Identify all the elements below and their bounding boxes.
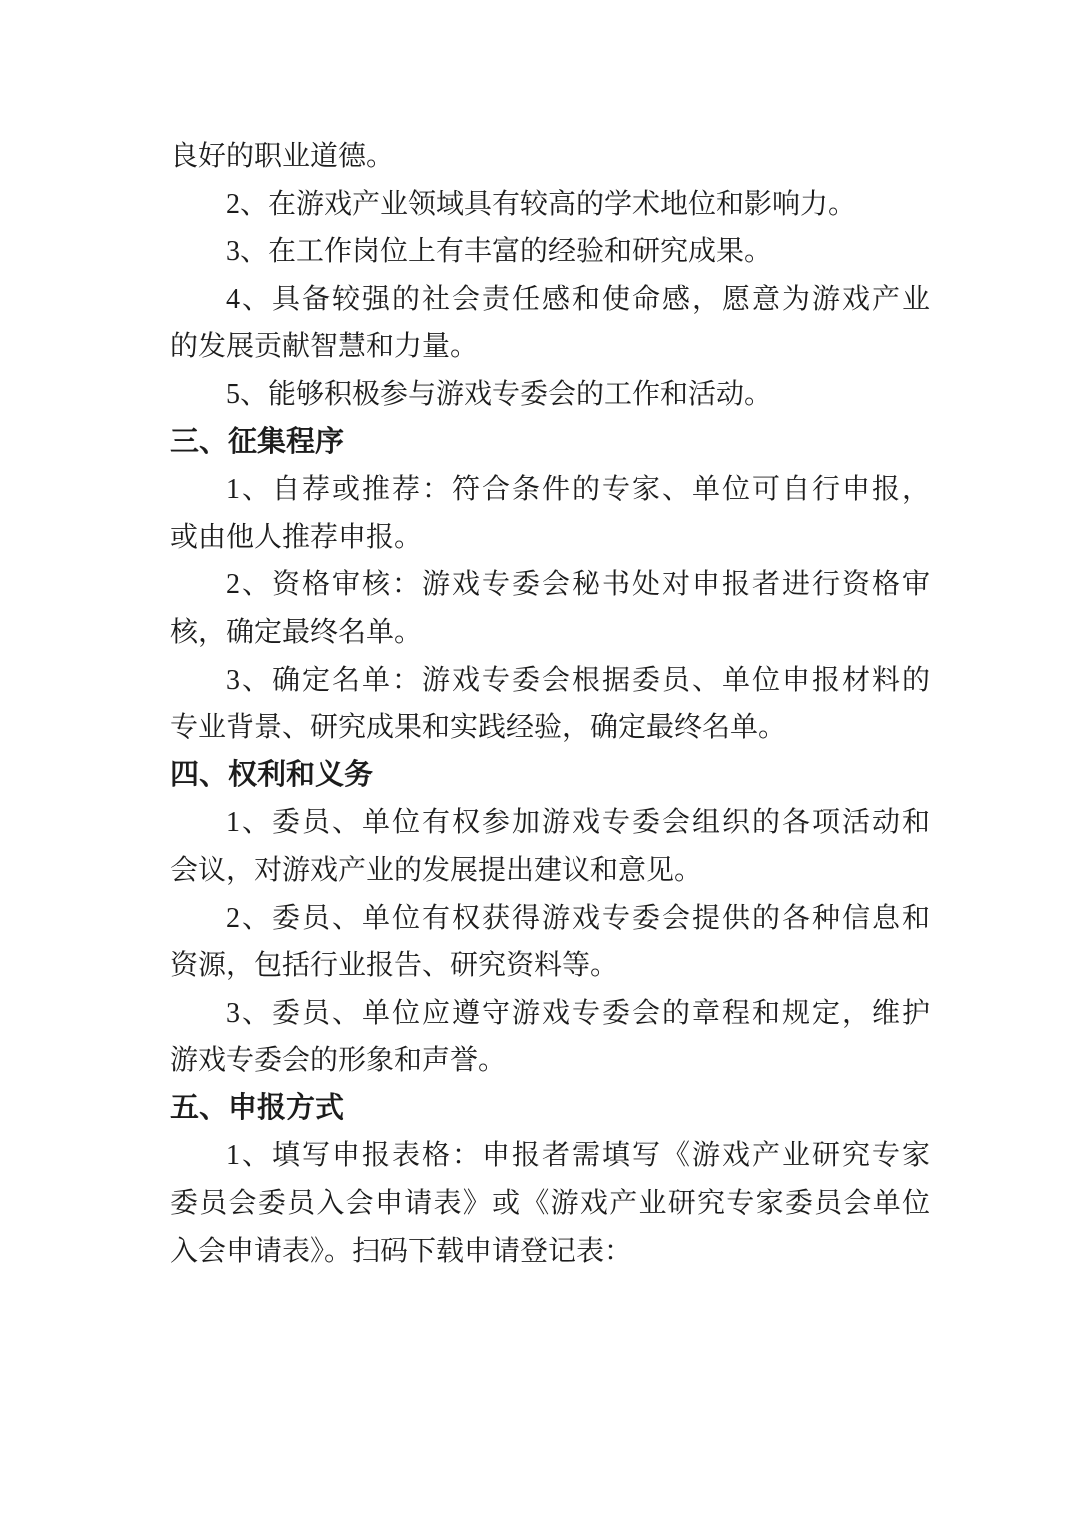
document-line: 3、确定名单：游戏专委会根据委员、单位申报材料的: [170, 657, 930, 705]
document-line: 会议，对游戏产业的发展提出建议和意见。: [170, 847, 930, 895]
document-line: 5、能够积极参与游戏专委会的工作和活动。: [170, 371, 930, 419]
document-line: 或由他人推荐申报。: [170, 514, 930, 562]
document-line: 核，确定最终名单。: [170, 609, 930, 657]
document-line: 1、填写申报表格：申报者需填写《游戏产业研究专家: [170, 1132, 930, 1180]
document-line: 2、在游戏产业领域具有较高的学术地位和影响力。: [170, 181, 930, 229]
section-heading: 四、权利和义务: [170, 752, 930, 800]
document-line: 2、委员、单位有权获得游戏专委会提供的各种信息和: [170, 895, 930, 943]
document-line: 1、委员、单位有权参加游戏专委会组织的各项活动和: [170, 799, 930, 847]
section-heading: 三、征集程序: [170, 419, 930, 467]
document-line: 1、自荐或推荐：符合条件的专家、单位可自行申报，: [170, 466, 930, 514]
document-line: 4、具备较强的社会责任感和使命感，愿意为游戏产业: [170, 276, 930, 324]
document-line: 入会申请表》。扫码下载申请登记表：: [170, 1228, 930, 1276]
document-body: 良好的职业道德。2、在游戏产业领域具有较高的学术地位和影响力。3、在工作岗位上有…: [170, 133, 930, 1275]
document-line: 游戏专委会的形象和声誉。: [170, 1037, 930, 1085]
document-line: 3、在工作岗位上有丰富的经验和研究成果。: [170, 228, 930, 276]
document-line: 2、资格审核：游戏专委会秘书处对申报者进行资格审: [170, 561, 930, 609]
document-line: 良好的职业道德。: [170, 133, 930, 181]
document-line: 的发展贡献智慧和力量。: [170, 323, 930, 371]
document-line: 资源，包括行业报告、研究资料等。: [170, 942, 930, 990]
document-page: 良好的职业道德。2、在游戏产业领域具有较高的学术地位和影响力。3、在工作岗位上有…: [0, 0, 1080, 1523]
section-heading: 五、申报方式: [170, 1085, 930, 1133]
document-line: 专业背景、研究成果和实践经验，确定最终名单。: [170, 704, 930, 752]
document-line: 3、委员、单位应遵守游戏专委会的章程和规定，维护: [170, 990, 930, 1038]
document-line: 委员会委员入会申请表》或《游戏产业研究专家委员会单位: [170, 1180, 930, 1228]
